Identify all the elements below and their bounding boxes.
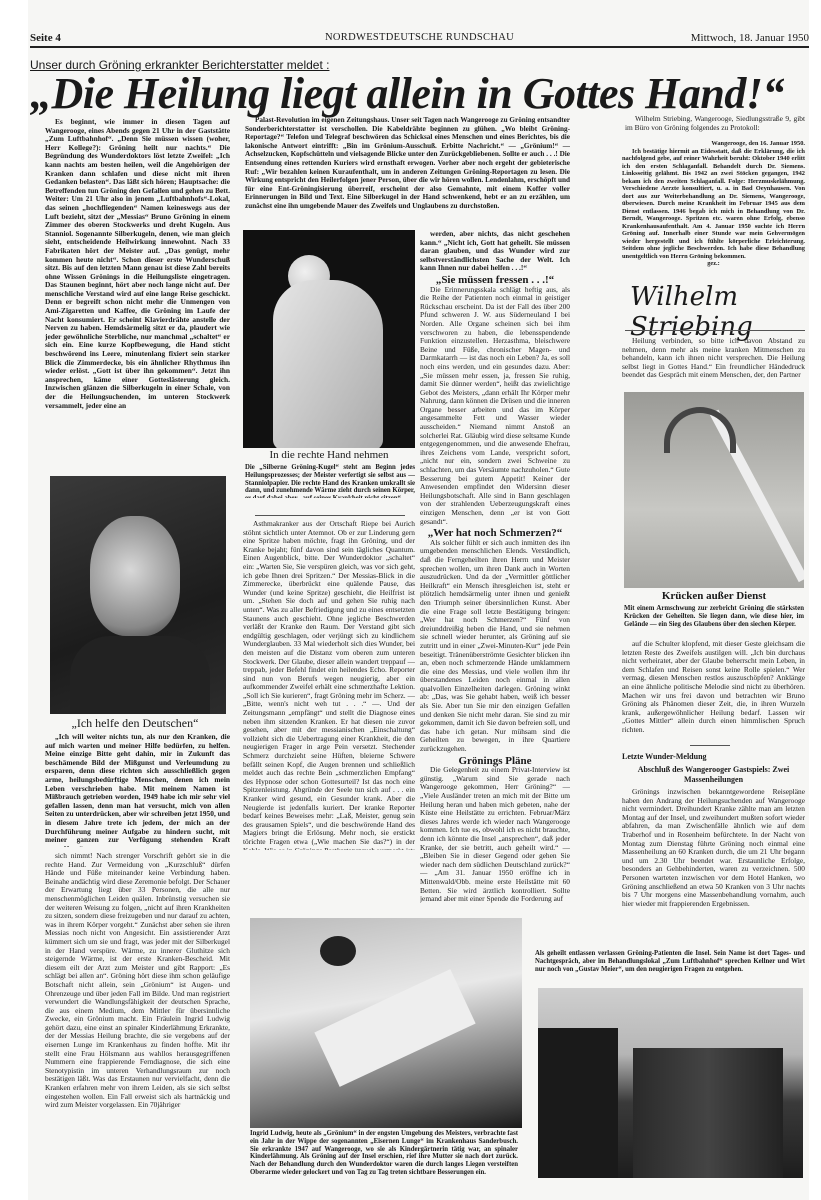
divider — [690, 745, 730, 746]
patient-head-shape — [320, 936, 356, 966]
protocol-text: Ich bestätige hiermit an Eidesstatt, daß… — [622, 148, 805, 261]
portrait-title: „Ich helfe den Deutschen“ — [40, 716, 230, 731]
hand-photo-title: In die rechte Hand nehmen — [243, 449, 415, 461]
body-text: Als solcher fühlt er sich auch inmitten … — [420, 539, 570, 754]
body-text: Grönings inzwischen bekanntgewordene Rei… — [622, 788, 805, 908]
portrait-quote: „Ich will weiter nichts tun, als nur den… — [45, 733, 230, 847]
ship-shape — [538, 1028, 618, 1178]
iron-lung-photo — [250, 918, 522, 1128]
divider — [255, 515, 405, 516]
crutches-photo-caption: Mit einem Armschwung zur zerbricht Gröni… — [624, 605, 804, 637]
column-3: werden, aber nichts, das nicht geschehen… — [420, 230, 570, 905]
body-text: Heilung verbinden, so bitte ich davon Ab… — [622, 337, 805, 380]
newspaper-page: Seite 4 NORDWESTDEUTSCHE RUNDSCHAU Mittw… — [0, 0, 821, 1200]
column-4-body: Heilung verbinden, so bitte ich davon Ab… — [622, 337, 805, 389]
body-text: Die Erinnerungsskala schlägt heftig aus,… — [420, 286, 570, 527]
intro-text: Palast-Revolution im eigenen Zeitungshau… — [245, 116, 570, 211]
protocol-signed: gez.: — [622, 260, 805, 268]
masthead: Seite 4 NORDWESTDEUTSCHE RUNDSCHAU Mittw… — [30, 30, 809, 48]
subheading-plaene: Grönings Pläne — [420, 757, 570, 766]
body-text: sich nimmt! Nach strenger Vorschrift geh… — [45, 852, 230, 1110]
body-text: Wilhelm Striebing, Wangerooge, Siedlungs… — [625, 115, 805, 132]
column-4-body-2: auf die Schulter klopfend, mit dieser Ge… — [622, 640, 805, 732]
quote-text: „Ich will weiter nichts tun, als nur den… — [45, 733, 230, 847]
crutches-photo — [624, 392, 804, 588]
page-margin-left — [0, 0, 28, 1200]
column-1-top: Es beginnt, wie immer in diesen Tagen au… — [45, 118, 230, 458]
body-text: Asthmakranker aus der Ortschaft Riepe be… — [243, 520, 415, 850]
hand-photo-caption: Die „Silberne Gröning-Kugel“ steht am Be… — [245, 464, 415, 498]
issue-date: Mittwoch, 18. Januar 1950 — [691, 32, 809, 44]
iron-lung-caption: Ingrid Ludwig, heute als „Grönium“ in de… — [250, 1130, 518, 1190]
side-article-title: Abschluß des Wangerooger Gastspiels: Zwe… — [622, 765, 805, 785]
hand-shape — [273, 280, 383, 448]
page-margin-right — [809, 0, 821, 1200]
crowd-shape — [633, 1048, 783, 1178]
side-article-label: Letzte Wunder-Meldung — [622, 752, 805, 761]
headline: „Die Heilung liegt allein in Gottes Hand… — [30, 68, 809, 119]
crutches-photo-title: Krücken außer Dienst — [624, 590, 804, 602]
protocol-date: Wangerooge, den 16. Januar 1950. — [622, 140, 805, 148]
portrait-photo — [50, 476, 226, 714]
protocol-box: Wangerooge, den 16. Januar 1950. Ich bes… — [622, 140, 805, 280]
face-shape — [90, 516, 180, 636]
body-text: Es beginnt, wie immer in diesen Tagen au… — [45, 118, 230, 410]
body-text: Die Gelegenheit zu einem Privat-Intervie… — [420, 766, 570, 904]
subheading-fressen: „Sie müssen fressen . . .!“ — [420, 276, 570, 285]
column-2-body: Asthmakranker aus der Ortschaft Riepe be… — [243, 520, 415, 850]
body-text: werden, aber nichts, das nicht geschehen… — [420, 230, 570, 273]
shoulders-shape — [70, 636, 210, 714]
side-article-body: Grönings inzwischen bekanntgewordene Rei… — [622, 788, 805, 913]
departure-photo — [538, 988, 803, 1178]
subheading-schmerzen: „Wer hat noch Schmerzen?“ — [420, 529, 570, 538]
hand-photo — [243, 230, 415, 448]
signature: Wilhelm Striebing — [630, 282, 821, 342]
departure-caption: Als geheilt entlassen verlassen Gröning-… — [535, 950, 805, 982]
divider — [625, 330, 805, 331]
iron-lung-shape — [314, 969, 475, 1087]
body-text: auf die Schulter klopfend, mit dieser Ge… — [622, 640, 805, 732]
crutch-handle-shape — [664, 407, 736, 453]
column-1-bottom: sich nimmt! Nach strenger Vorschrift geh… — [45, 852, 230, 1194]
intro-box: Palast-Revolution im eigenen Zeitungshau… — [245, 116, 570, 228]
